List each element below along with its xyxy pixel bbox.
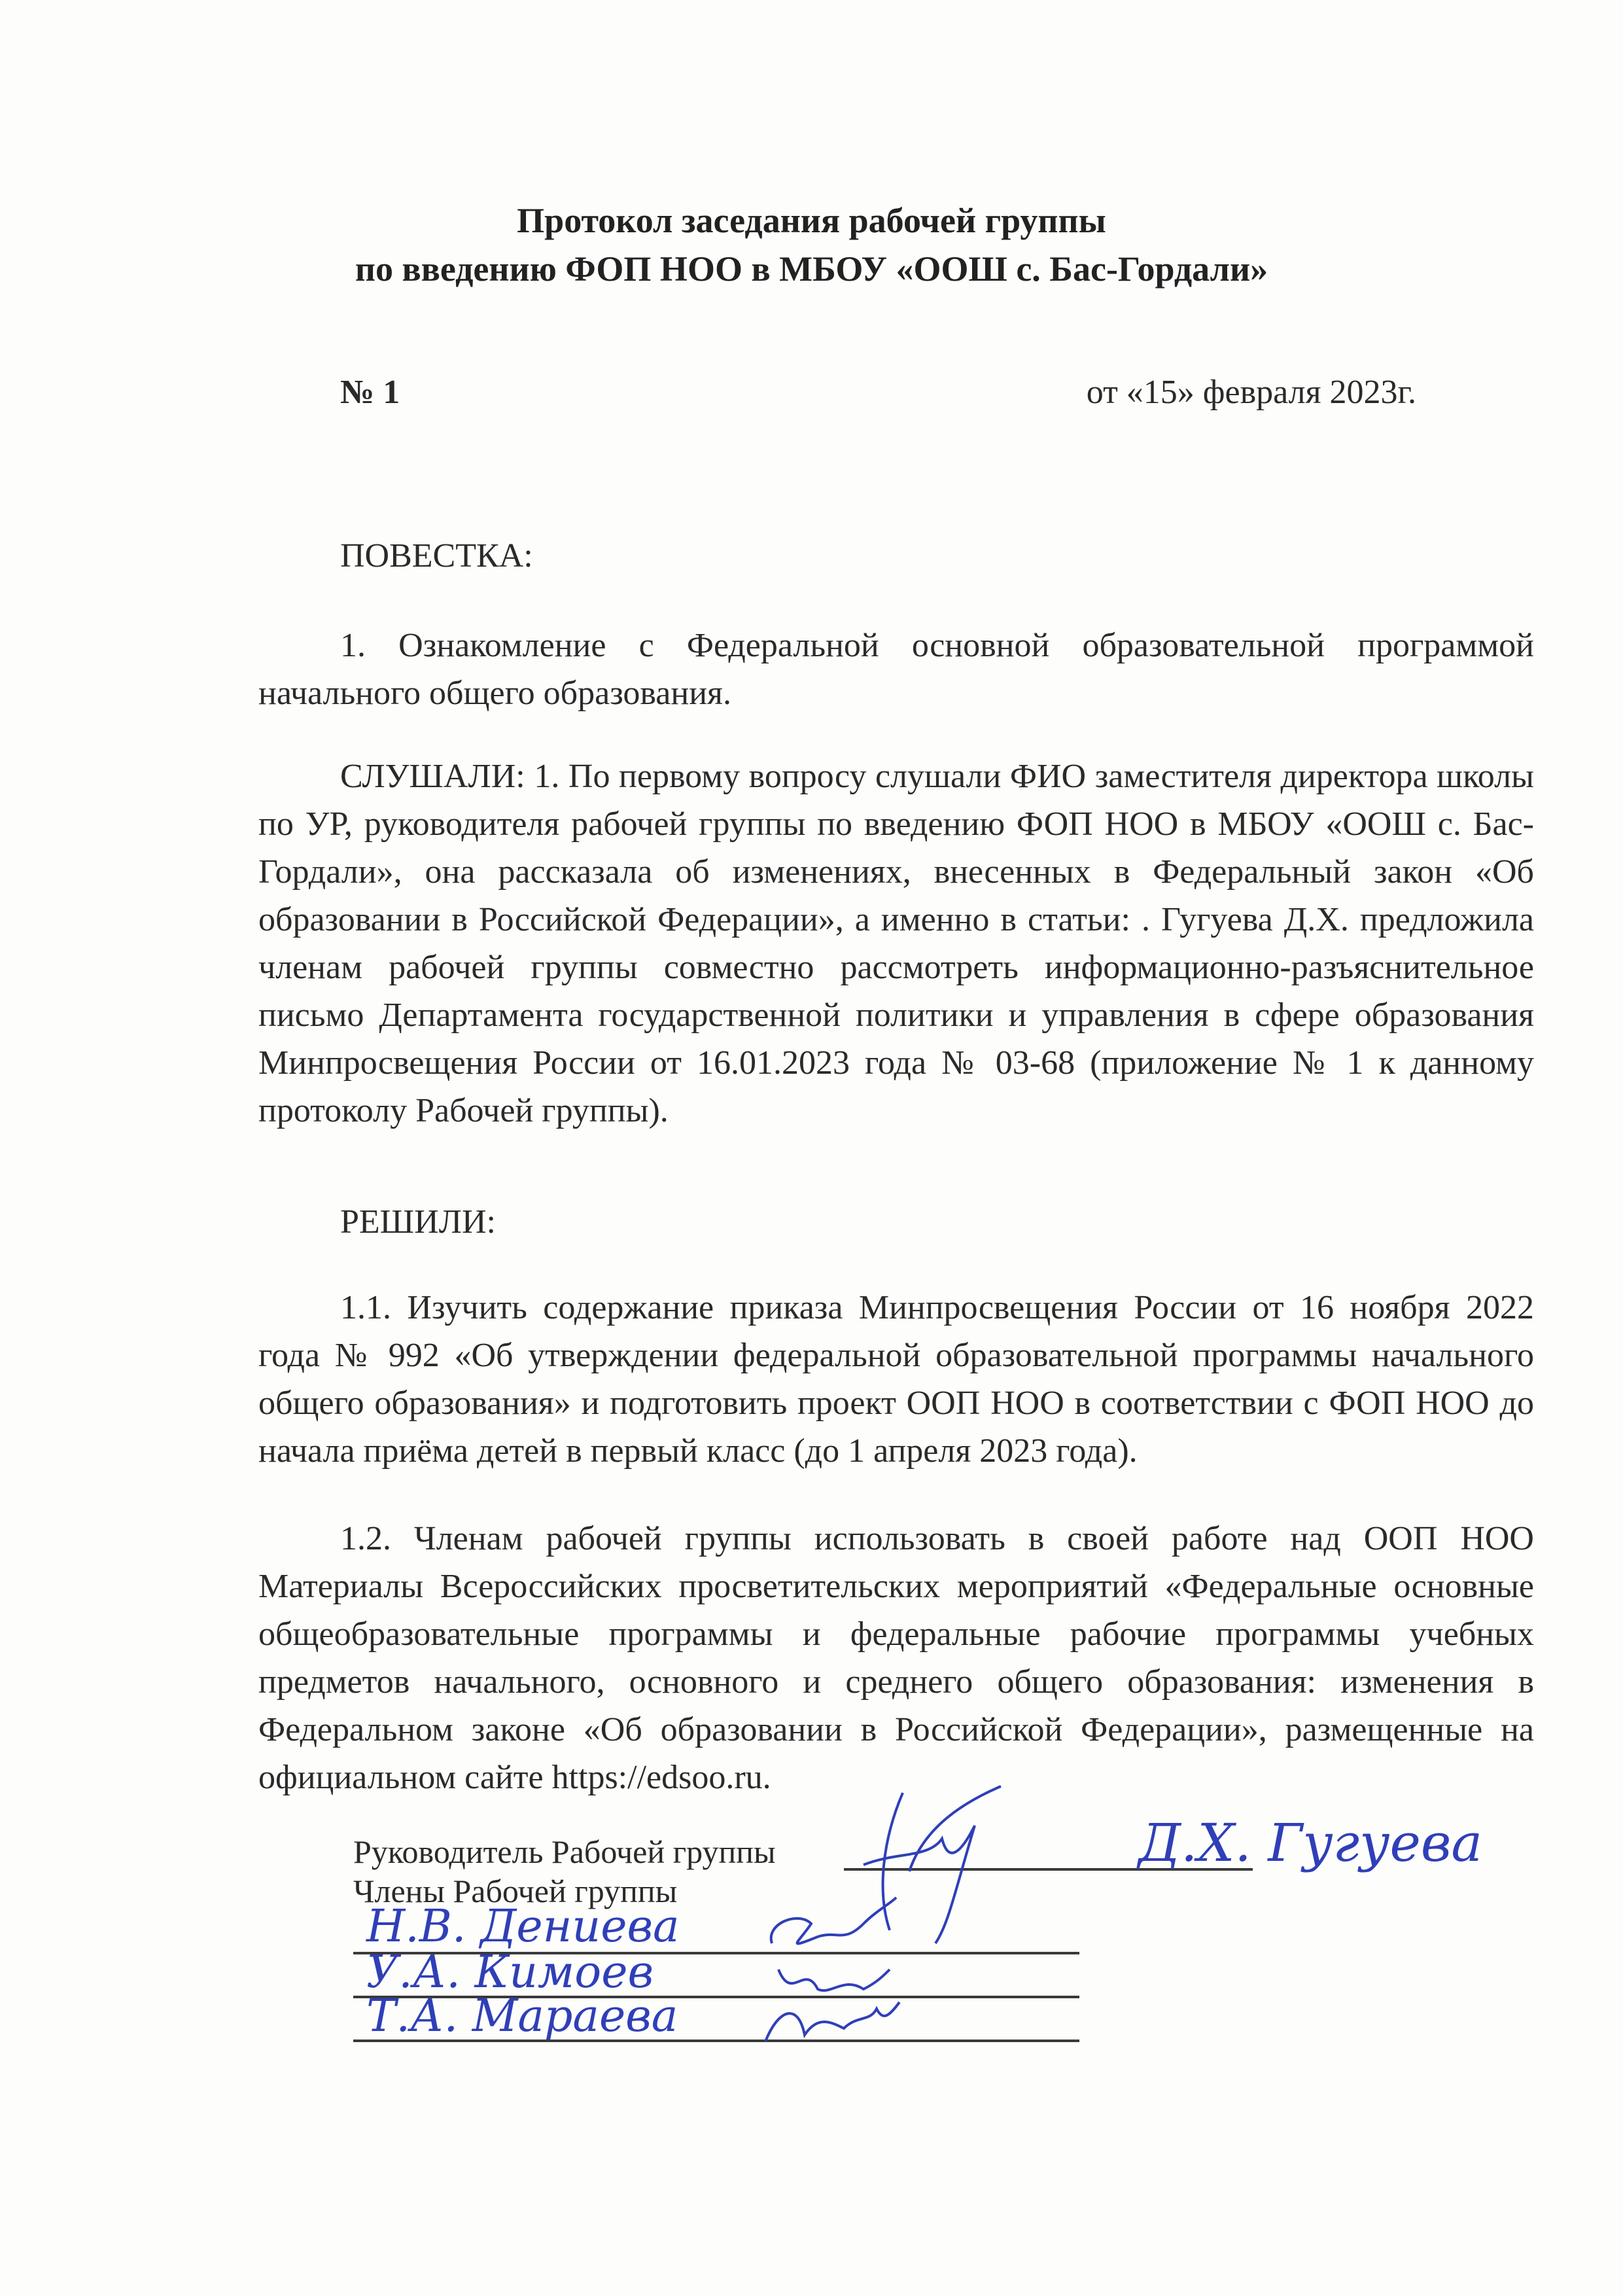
leader-name-handwritten: Д.Х. Гугуева xyxy=(1138,1812,1482,1873)
protocol-number: № 1 xyxy=(340,373,400,412)
decided-heading: РЕШИЛИ: xyxy=(340,1203,496,1241)
member-3-signature-scribble xyxy=(759,1996,903,2055)
document-page: Протокол заседания рабочей группы по вве… xyxy=(0,0,1623,2296)
document-title: Протокол заседания рабочей группы по вве… xyxy=(0,196,1623,293)
member-3-signature-line xyxy=(353,2040,1079,2042)
leader-label: Руководитель Рабочей группы xyxy=(353,1832,776,1871)
protocol-date: от «15» февраля 2023г. xyxy=(1087,373,1416,412)
member-1-handwritten: Н.В. Дениева xyxy=(366,1901,680,1952)
agenda-heading: ПОВЕСТКА: xyxy=(340,537,533,575)
member-3-handwritten: Т.А. Мараева xyxy=(366,1990,678,2042)
title-line-1: Протокол заседания рабочей группы xyxy=(0,196,1623,245)
title-line-2: по введению ФОП НОО в МБОУ «ООШ с. Бас-Г… xyxy=(0,245,1623,293)
agenda-item-1: 1. Ознакомление с Федеральной основной о… xyxy=(258,622,1534,717)
member-1-signature-scribble xyxy=(759,1898,903,1963)
decision-item-1-1: 1.1. Изучить содержание приказа Минпросв… xyxy=(258,1284,1534,1475)
decision-item-1-2: 1.2. Членам рабочей группы использовать … xyxy=(258,1515,1534,1801)
heard-paragraph: СЛУШАЛИ: 1. По первому вопросу слушали Ф… xyxy=(258,752,1534,1135)
